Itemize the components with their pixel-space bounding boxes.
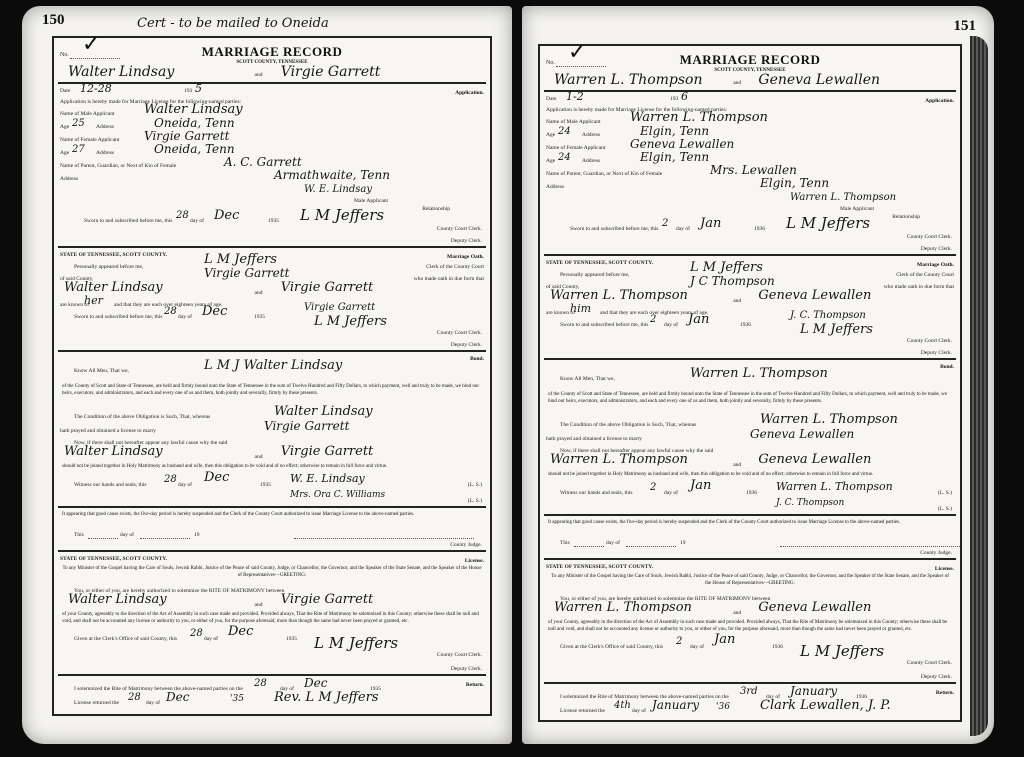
bond-bride: Geneva Lewallen [758,452,871,467]
given-month: Dec [228,624,253,639]
deputy-clerk-label: Deputy Clerk. [451,238,482,244]
header-and: and [733,80,741,86]
solemnized-month: Dec [304,676,327,690]
officiant-signature: Clark Lewallen, J. P. [760,698,891,713]
sworn-year: 1935 [268,218,279,224]
returned-year: '36 [716,702,730,712]
county-clerk-label: County Court Clerk. [437,652,482,658]
male-address: Oneida, Tenn [154,116,235,130]
oath-clerk-signature: L M Jeffers [314,314,387,329]
date-label: Date [546,96,556,102]
oath-sworn-month: Dec [202,304,227,319]
appeared-label: Personally appeared before me, [74,264,143,270]
bond-body: of the County of Scott and State of Tenn… [548,392,952,405]
parent-address: Elgin, Tenn [760,176,829,190]
parent-address-label: Address [546,184,564,190]
county-clerk-label: County Court Clerk. [437,226,482,232]
parent-name: Mrs. Lewallen [710,163,797,177]
oath-clerk-name: L M Jeffers [690,260,763,275]
oath-bride: Virgie Garrett [281,280,374,295]
day-of-label: day of [664,490,678,496]
section-tag-application: Application. [925,98,954,104]
know-all-label: Know All Men, That we, [560,376,615,382]
given-month: Jan [714,632,735,647]
age-label: Age [60,124,69,130]
parent-label: Name of Parent, Guardian, or Next of Kin… [546,171,662,177]
male-applicant-sig-label: Male Applicant [354,198,388,204]
day-of-label: day of [632,708,646,714]
license-bride: Geneva Lewallen [758,600,871,615]
bond-groom: Walter Lindsay [64,444,163,459]
bond-groom: Warren L. Thompson [550,452,688,467]
license-state-label: STATE OF TENNESSEE, SCOTT COUNTY. [60,556,167,562]
address-label: Address [582,132,600,138]
license-address: To any Minister of the Gospel having the… [62,566,482,579]
suspension-text: It appearing that good cause exists, the… [548,520,952,527]
county-judge-label: County Judge. [450,542,482,548]
application-date: 12-28 [80,82,112,95]
prayed-label: hath prayed and obtained a license to ma… [546,436,642,442]
witness-month: Dec [204,470,229,485]
male-address: Elgin, Tenn [640,124,709,138]
suspension-text: It appearing that good cause exists, the… [62,512,482,519]
witness-label: Witness our hands and seals, this [74,482,147,488]
oath-affiant: Virgie Garrett [204,266,289,280]
deputy-clerk-label: Deputy Clerk. [451,666,482,672]
given-day: 2 [676,636,682,647]
affiant-signature: J. C. Thompson [790,310,866,321]
age-label: Age [546,132,555,138]
male-applicant-name: Walter Lindsay [144,102,243,117]
day-of-label: day of [146,700,160,706]
condition-name: Walter Lindsay [274,404,373,419]
license-body: of your County, agreeably to the directi… [548,620,952,633]
seal-mark: (L. S.) [468,498,482,504]
deputy-clerk-label: Deputy Clerk. [921,350,952,356]
license-body: of your County, agreeably to the directi… [62,612,482,625]
sworn-month: Jan [700,216,721,231]
oath-sworn-year: 1935 [254,314,265,320]
license-and: and [733,610,741,616]
officiant-signature: Rev. L M Jeffers [274,690,378,705]
year-prefix: 193 [670,96,678,102]
day-of-label: day of [120,532,134,538]
age-label: Age [60,150,69,156]
oath-sworn-label: Sworn to and subscribed before me, this [560,322,648,328]
witness-day: 28 [164,474,177,485]
oath-state-label: STATE OF TENNESSEE, SCOTT COUNTY. [60,252,167,258]
oath-and: and [733,298,741,304]
bond-signature-2: J. C. Thompson [776,498,844,508]
relationship-label: Relationship [422,206,450,212]
clerk-of-court-label: Clerk of the County Court [896,272,954,278]
known-to: him [570,302,591,315]
seal-mark: (L. S.) [938,490,952,496]
county-clerk-label: County Court Clerk. [907,660,952,666]
county-clerk-label: County Court Clerk. [437,330,482,336]
license-address: To any Minister of the Gospel having the… [548,574,952,587]
know-all-label: Know All Men, That we, [74,368,129,374]
form-title: MARRIAGE RECORD [54,44,490,60]
prayed-name: Geneva Lewallen [750,427,854,441]
given-label: Given at the Clerk's Office of said Coun… [74,636,177,642]
oath-sworn-year: 1936 [740,322,751,328]
solemnized-day: 28 [254,678,267,689]
oath-bride: Geneva Lewallen [758,288,871,303]
section-tag-license: License. [935,566,954,572]
returned-day: 4th [614,700,631,711]
male-age: 25 [72,118,85,129]
applicant-signature: W. E. Lindsay [304,184,372,195]
solemnized-day: 3rd [740,686,758,697]
witness-year: 1936 [746,490,757,496]
void-clause: should not be joined together in Holy Ma… [62,464,482,471]
witness-day: 2 [650,482,656,493]
appeared-label: Personally appeared before me, [560,272,629,278]
applicant-signature: Warren L. Thompson [790,192,896,203]
parent-address-label: Address [60,176,78,182]
page-number: 150 [42,12,65,29]
condition-name: Warren L. Thompson [760,412,898,427]
license-groom: Walter Lindsay [68,592,167,607]
sworn-month: Dec [214,208,239,223]
female-age: 27 [72,144,85,155]
county-judge-label: County Judge. [920,550,952,556]
page-number: 151 [954,18,977,35]
bond-signature-1: Warren L. Thompson [776,480,893,493]
sworn-day: 28 [176,210,189,221]
county-clerk-label: County Court Clerk. [907,234,952,240]
affiant-signature: Virgie Garrett [304,302,375,313]
oath-groom: Warren L. Thompson [550,288,688,303]
page-edges [970,36,988,736]
clerk-signature: L M Jeffers [786,214,870,232]
deputy-clerk-label: Deputy Clerk. [921,674,952,680]
returned-day: 28 [128,692,141,703]
bond-obligors: L M J Walter Lindsay [204,358,342,373]
section-tag-oath: Marriage Oath. [917,262,954,268]
header-and: and [255,72,263,78]
oath-clerk-name: L M Jeffers [204,252,277,267]
prayed-label: hath prayed and obtained a license to ma… [60,428,156,434]
header-groom: Warren L. Thompson [554,72,703,88]
oath-sworn-month: Jan [688,312,709,327]
age-label: Age [546,158,555,164]
solemnized-label: I solemnized the Rite of Matrimony betwe… [74,686,243,692]
left-page: 150 No. ✓ MARRIAGE RECORD SCOTT COUNTY, … [22,6,512,744]
who-made-oath-label: who made oath in due form that [414,276,484,282]
day-of-label: day of [690,644,704,650]
known-to: her [84,294,103,307]
section-tag-oath: Marriage Oath. [447,254,484,260]
returned-month: Dec [166,690,189,704]
returned-year: '35 [230,694,244,704]
address-label: Address [96,150,114,156]
header-bride: Virgie Garrett [281,64,381,80]
oath-affiant: J C Thompson [690,274,775,288]
license-clerk-signature: L M Jeffers [314,634,398,652]
license-and: and [255,602,263,608]
day-of-label: day of [178,482,192,488]
section-tag-license: License. [465,558,484,564]
bond-obligors: Warren L. Thompson [690,366,828,381]
day-of-label: day of [204,636,218,642]
form-title: MARRIAGE RECORD [540,52,960,68]
marriage-record-form: No. ✓ MARRIAGE RECORD SCOTT COUNTY, TENN… [538,44,962,722]
male-applicant-name: Warren L. Thompson [630,110,768,125]
oath-sworn-day: 2 [650,314,656,325]
witness-label: Witness our hands and seals, this [560,490,633,496]
year-prefix: 19 [194,532,200,538]
header-bride: Geneva Lewallen [758,72,880,88]
right-page: 151 No. ✓ MARRIAGE RECORD SCOTT COUNTY, … [522,6,994,744]
day-of-label: day of [178,314,192,320]
section-tag-return: Return. [466,682,484,688]
year-prefix: 19 [680,540,686,546]
marriage-record-form: No. ✓ MARRIAGE RECORD SCOTT COUNTY, TENN… [52,36,492,716]
returned-label: License returned the [560,708,605,714]
county-clerk-label: County Court Clerk. [907,338,952,344]
male-applicant-label: Name of Male Applicant [60,111,115,117]
oath-groom: Walter Lindsay [64,280,163,295]
license-groom: Warren L. Thompson [554,600,692,615]
seal-mark: (L. S.) [468,482,482,488]
section-tag-bond: Bond. [470,356,484,362]
license-bride: Virgie Garrett [281,592,374,607]
clerk-signature: L M Jeffers [300,206,384,224]
deputy-clerk-label: Deputy Clerk. [451,342,482,348]
returned-month: January [652,698,699,712]
day-of-label: day of [190,218,204,224]
clerk-of-court-label: Clerk of the County Court [426,264,484,270]
given-year: 1935 [286,636,297,642]
date-label: Date [60,88,70,94]
top-annotation: Cert - to be mailed to Oneida [137,16,329,31]
bond-body: of the County of Scott and State of Tenn… [62,384,482,397]
male-applicant-label: Name of Male Applicant [546,119,601,125]
prayed-name: Virgie Garrett [264,419,349,433]
sworn-label: Sworn to and subscribed before me, this [570,226,658,232]
section-tag-application: Application. [455,90,484,96]
returned-label: License returned the [74,700,119,706]
relationship-label: Relationship [892,214,920,220]
bond-and: and [733,462,741,468]
oath-clerk-signature: L M Jeffers [800,322,873,337]
parent-label: Name of Parent, Guardian, or Next of Kin… [60,163,176,169]
seal-mark: (L. S.) [938,506,952,512]
address-label: Address [582,158,600,164]
year-prefix: 193 [184,88,192,94]
license-clerk-signature: L M Jeffers [800,642,884,660]
bond-signature-1: W. E. Lindsay [290,472,365,485]
female-applicant-label: Name of Female Applicant [546,145,605,151]
bond-bride: Virgie Garrett [281,444,374,459]
header-groom: Walter Lindsay [68,64,174,80]
condition-label: The Condition of the above Obligation is… [560,422,696,428]
this-label: This [74,532,84,538]
given-day: 28 [190,628,203,639]
given-year: 1936 [772,644,783,650]
oath-sworn-day: 28 [164,306,177,317]
sworn-year: 1936 [754,226,765,232]
sworn-day: 2 [662,218,668,229]
section-tag-return: Return. [936,690,954,696]
application-year: 5 [195,82,202,95]
parent-name: A. C. Garrett [224,155,302,169]
oath-state-label: STATE OF TENNESSEE, SCOTT COUNTY. [546,260,653,266]
bond-signature-2: Mrs. Ora C. Williams [290,490,385,500]
day-of-label: day of [664,322,678,328]
who-made-oath-label: who made oath in due form that [884,284,954,290]
witness-month: Jan [690,478,711,493]
application-year: 6 [681,90,688,103]
condition-label: The Condition of the above Obligation is… [74,414,210,420]
sworn-label: Sworn to and subscribed before me, this [84,218,172,224]
solemnized-label: I solemnized the Rite of Matrimony betwe… [560,694,729,700]
address-label: Address [96,124,114,130]
male-age: 24 [558,126,571,137]
bond-and: and [255,454,263,460]
male-applicant-sig-label: Male Applicant [840,206,874,212]
oath-and: and [255,290,263,296]
female-age: 24 [558,152,571,163]
female-address: Oneida, Tenn [154,142,235,156]
solemnized-month: January [790,684,837,698]
this-label: This [560,540,570,546]
female-applicant-label: Name of Female Applicant [60,137,119,143]
license-state-label: STATE OF TENNESSEE, SCOTT COUNTY. [546,564,653,570]
female-address: Elgin, Tenn [640,150,709,164]
deputy-clerk-label: Deputy Clerk. [921,246,952,252]
void-clause: should not be joined together in Holy Ma… [548,472,952,479]
section-tag-bond: Bond. [940,364,954,370]
female-applicant-name: Virgie Garrett [144,129,229,143]
given-label: Given at the Clerk's Office of said Coun… [560,644,663,650]
witness-year: 1935 [260,482,271,488]
oath-sworn-label: Sworn to and subscribed before me, this [74,314,162,320]
female-applicant-name: Geneva Lewallen [630,137,734,151]
day-of-label: day of [676,226,690,232]
parent-address: Armathwaite, Tenn [274,168,390,182]
day-of-label: day of [606,540,620,546]
application-date: 1-2 [566,90,584,103]
